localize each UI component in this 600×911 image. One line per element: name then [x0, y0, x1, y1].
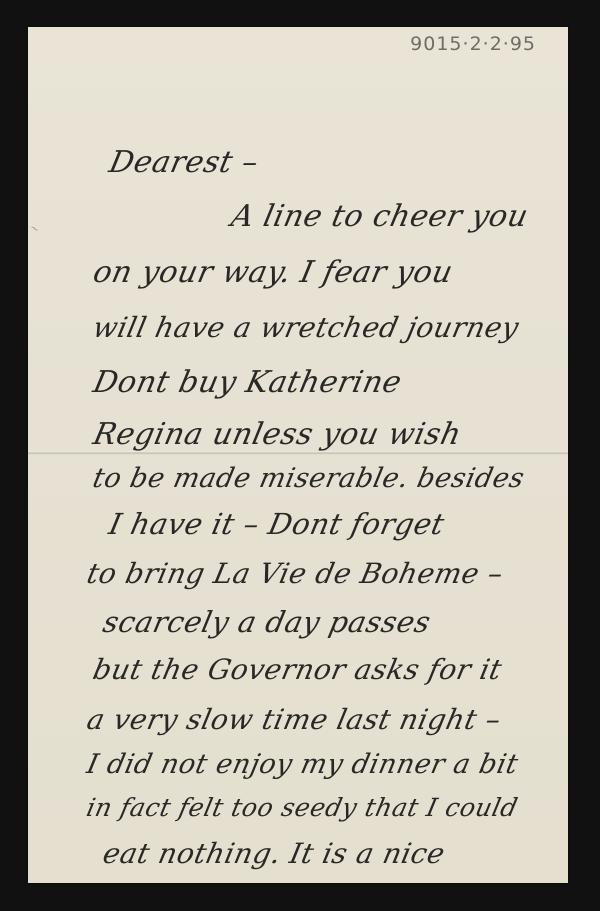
letter-line: I have it – Dont forget — [106, 507, 448, 541]
letter-line: to bring La Vie de Boheme – — [84, 557, 506, 590]
letter-line: on your way. I fear you — [90, 255, 456, 290]
letter-line: will have a wretched journey — [90, 311, 522, 344]
letter-line: scarcely a day passes — [100, 605, 434, 639]
letter-line: a very slow time last night – — [84, 703, 504, 736]
letter-sheet: (illegible pencil mark) 9015·2·2·95 Dear… — [28, 27, 568, 883]
letter-body: Dearest – A line to cheer you on your wa… — [28, 27, 568, 883]
letter-line: eat nothing. It is a nice — [100, 837, 448, 870]
letter-line: Dont buy Katherine — [90, 365, 405, 400]
letter-line: I did not enjoy my dinner a bit — [84, 749, 521, 780]
letter-line: but the Governor asks for it — [90, 653, 505, 686]
salutation: Dearest – — [106, 145, 262, 180]
letter-line: to be made miserable. besides — [90, 463, 527, 494]
letter-line: Regina unless you wish — [90, 417, 465, 452]
letter-line: in fact felt too seedy that I could — [84, 793, 521, 822]
letter-line: A line to cheer you — [228, 199, 531, 234]
